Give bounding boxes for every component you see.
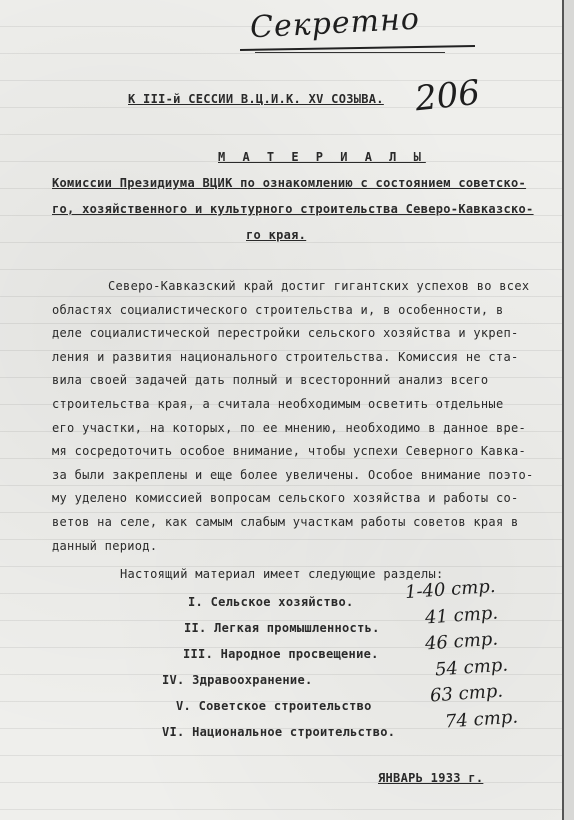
subtitle-line: Комиссии Президиума ВЦИК по ознакомлению…	[52, 176, 526, 190]
toc-item: I. Сельское хозяйство.	[188, 595, 354, 609]
body-line: деле социалистической перестройки сельск…	[52, 326, 519, 340]
body-line: му уделено комиссией вопросам сельского …	[52, 491, 519, 505]
body-line: вила своей задачей дать полный и всестор…	[52, 373, 488, 387]
toc-item: V. Советское строительство	[176, 699, 372, 713]
toc-page-reference: 74 стр.	[444, 706, 518, 732]
body-line: ветов на селе, как самым слабым участкам…	[52, 515, 519, 529]
toc-page-reference: 54 стр.	[434, 654, 508, 680]
document-date: ЯНВАРЬ 1933 г.	[378, 771, 483, 785]
subtitle-line: го, хозяйственного и культурного строите…	[52, 202, 534, 216]
toc-page-reference: 63 стр.	[429, 680, 503, 706]
toc-page-reference: 46 стр.	[424, 628, 498, 654]
session-header: К III-й СЕССИИ В.Ц.И.К. XV СОЗЫВА.	[128, 92, 384, 106]
body-line: Северо-Кавказский край достиг гигантских…	[108, 279, 529, 293]
page-edge	[562, 0, 574, 820]
subtitle-line: го края.	[246, 228, 306, 242]
document-page: Секретно К III-й СЕССИИ В.Ц.И.К. XV СОЗЫ…	[0, 0, 562, 820]
classification-underline-2	[255, 52, 445, 53]
toc-page-reference: 41 стр.	[424, 602, 498, 628]
classification-underline	[240, 45, 475, 51]
classification-stamp: Секретно	[249, 2, 420, 46]
body-line: ления и развития национального строитель…	[52, 350, 519, 364]
body-line: его участки, на которых, по ее мнению, н…	[52, 421, 526, 435]
body-line: областях социалистического строительства…	[52, 303, 503, 317]
toc-intro: Настоящий материал имеет следующие разде…	[120, 567, 444, 581]
document-title: М А Т Е Р И А Л Ы	[218, 150, 426, 164]
body-line: строительства края, а считала необходимы…	[52, 397, 503, 411]
archive-number: 206	[413, 73, 482, 120]
body-line: данный период.	[52, 539, 157, 553]
toc-item: II. Легкая промышленность.	[184, 621, 380, 635]
body-line: за были закреплены и еще более увеличены…	[52, 468, 534, 482]
toc-item: VI. Национальное строительство.	[162, 725, 395, 739]
toc-item: IV. Здравоохранение.	[162, 673, 313, 687]
toc-item: III. Народное просвещение.	[183, 647, 379, 661]
body-line: мя сосредоточить особое внимание, чтобы …	[52, 444, 526, 458]
